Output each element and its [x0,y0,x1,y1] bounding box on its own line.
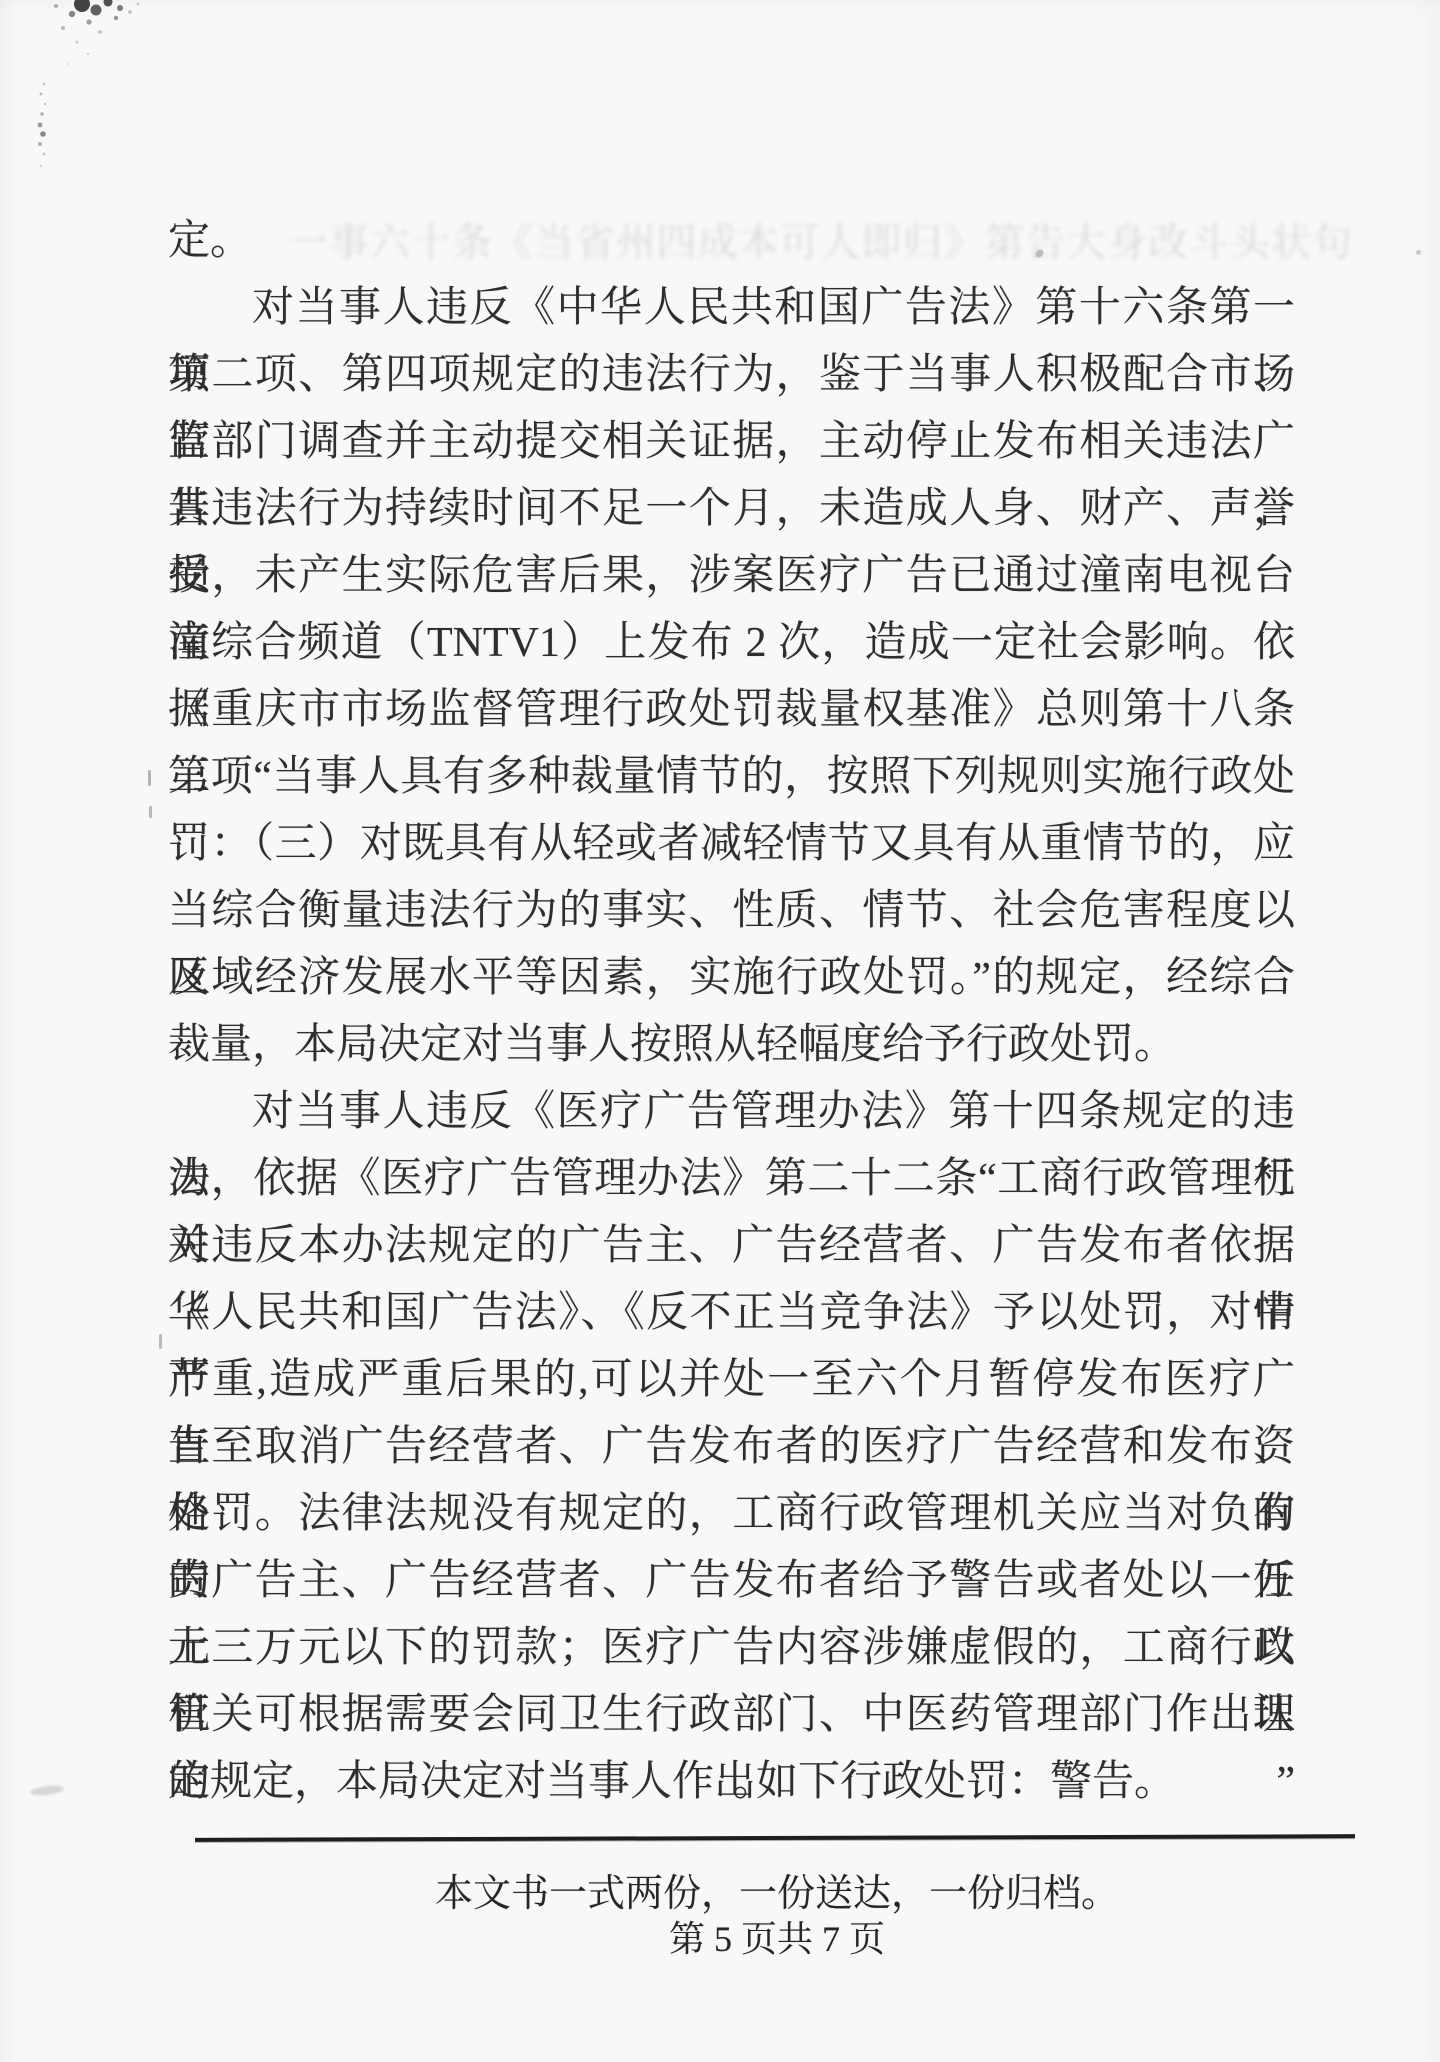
body-line: 定。 [168,208,1295,275]
margin-tick-artifact [159,1334,162,1349]
margin-tick-artifact [149,806,152,818]
body-line: 《重庆市市场监督管理行政处罚裁量权基准》总则第十八条第 [168,677,1295,744]
body-line: 严重,造成严重后果的,可以并处一至六个月暂停发布医疗广告、 [168,1347,1295,1414]
body-line: 裁量，本局决定对当事人按照从轻幅度给予行政处罚。 [168,1012,1295,1079]
body-line: 上三万元以下的罚款；医疗广告内容涉嫌虚假的，工商行政管理 [168,1615,1295,1682]
body-line: 损，未产生实际危害后果，涉案医疗广告已通过潼南电视台潼 [168,543,1295,610]
body-line: 对当事人违反《医疗广告管理办法》第十四条规定的违法行 [168,1079,1295,1146]
body-line: 处罚。法律法规没有规定的，工商行政管理机关应当对负有责任 [168,1481,1295,1548]
body-line: 当综合衡量违法行为的事实、性质、情节、社会危害程度以及 [168,878,1295,945]
body-line: 对当事人违反《中华人民共和国广告法》第十六条第一项、 [168,275,1295,342]
body-line: 华人民共和国广告法》、《反不正当竞争法》予以处罚，对情节 [168,1280,1295,1347]
body-line: 其违法行为持续时间不足一个月，未造成人身、财产、声誉受 [168,476,1295,543]
margin-tick-artifact [148,770,151,786]
footer-copies-note: 本文书一式两份，一份送达，一份归档。 [435,1872,1119,1916]
document-page: 一事六十条《当省州四成本可人即归》第告大身改斗头状句计 定。 对当事人违反《中华… [0,0,1440,2062]
body-line: 直至取消广告经营者、广告发布者的医疗广告经营和发布资格的 [168,1414,1295,1481]
body-line: 三项“当事人具有多种裁量情节的，按照下列规则实施行政处 [168,744,1295,811]
body-line: 的规定，本局决定对当事人作出如下行政处罚：警告。 [168,1749,1295,1816]
body-line: 罚：（三）对既具有从轻或者减轻情节又具有从重情节的，应 [168,811,1295,878]
footer-separator-rule [195,1834,1355,1842]
speck-streak-artifact [28,78,62,178]
speck-artifact [1416,250,1421,255]
body-line: 为，依据《医疗广告管理办法》第二十二条“工商行政管理机关 [168,1146,1295,1213]
body-line: 管部门调查并主动提交相关证据，主动停止发布相关违法广告， [168,409,1295,476]
footer-page-number: 第 5 页共 7 页 [669,1918,885,1960]
ink-splatter-artifact [30,0,170,89]
body-line: 区域经济发展水平等因素，实施行政处罚。”的规定，经综合 [168,945,1295,1012]
body-line: 机关可根据需要会同卫生行政部门、中医药管理部门作出认定。” [168,1682,1295,1749]
body-line: 的广告主、广告经营者、广告发布者给予警告或者处以一万元以 [168,1548,1295,1615]
body-line: 第二项、第四项规定的违法行为，鉴于当事人积极配合市场监 [168,342,1295,409]
body-line: 南综合频道（TNTV1）上发布 2 次，造成一定社会影响。依据 [168,610,1295,677]
document-body: 定。 对当事人违反《中华人民共和国广告法》第十六条第一项、 第二项、第四项规定的… [168,208,1295,1816]
body-line: 对违反本办法规定的广告主、广告经营者、广告发布者依据《中 [168,1213,1295,1280]
smudge-artifact [30,1784,65,1797]
